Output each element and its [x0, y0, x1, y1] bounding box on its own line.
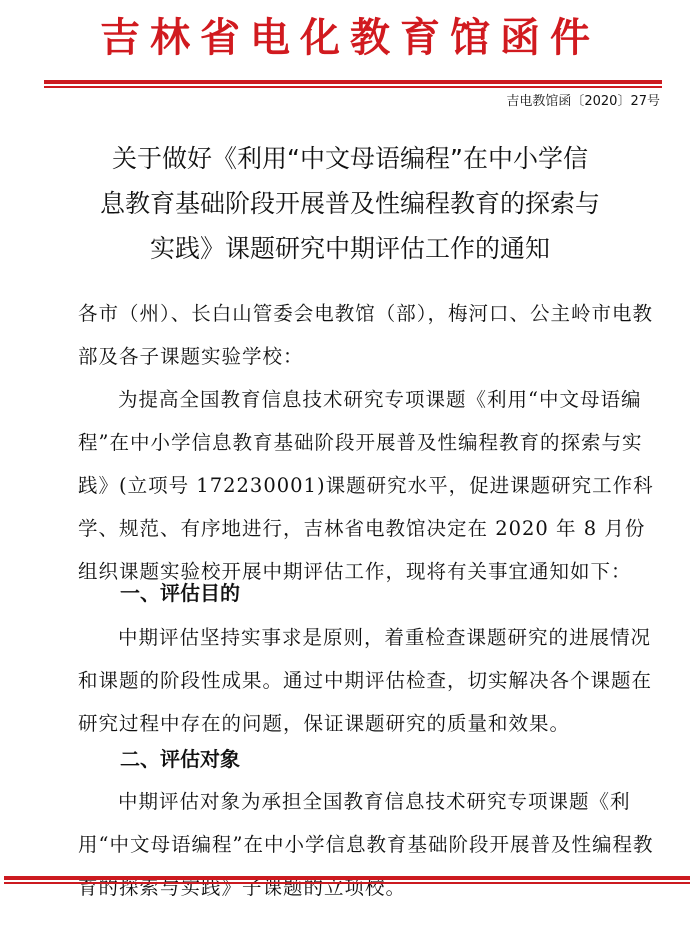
top-red-rule [44, 80, 662, 88]
salutation: 各市（州）、长白山管委会电教馆（部），梅河口、公主岭市电教部及各子课题实验学校： [78, 292, 658, 378]
document-number: 吉电教馆函〔2020〕27号 [506, 90, 660, 109]
title-line-2: 息教育基础阶段开展普及性编程教育的探索与 [40, 181, 660, 226]
intro-paragraph: 为提高全国教育信息技术研究专项课题《利用“中文母语编程”在中小学信息教育基础阶段… [78, 378, 658, 593]
title-line-3: 实践》课题研究中期评估工作的通知 [40, 226, 660, 271]
title-line-1: 关于做好《利用“中文母语编程”在中小学信 [40, 136, 660, 181]
bottom-red-rule [4, 876, 690, 884]
section-heading-1: 一、评估目的 [120, 577, 240, 606]
notice-title: 关于做好《利用“中文母语编程”在中小学信 息教育基础阶段开展普及性编程教育的探索… [40, 136, 660, 271]
masthead-title: 吉林省电化教育馆函件 [0, 6, 700, 63]
section-text-2: 中期评估对象为承担全国教育信息技术研究专项课题《利用“中文母语编程”在中小学信息… [78, 780, 658, 909]
section-text-1: 中期评估坚持实事求是原则，着重检查课题研究的进展情况和课题的阶段性成果。通过中期… [78, 616, 658, 745]
section-heading-2: 二、评估对象 [120, 743, 240, 772]
